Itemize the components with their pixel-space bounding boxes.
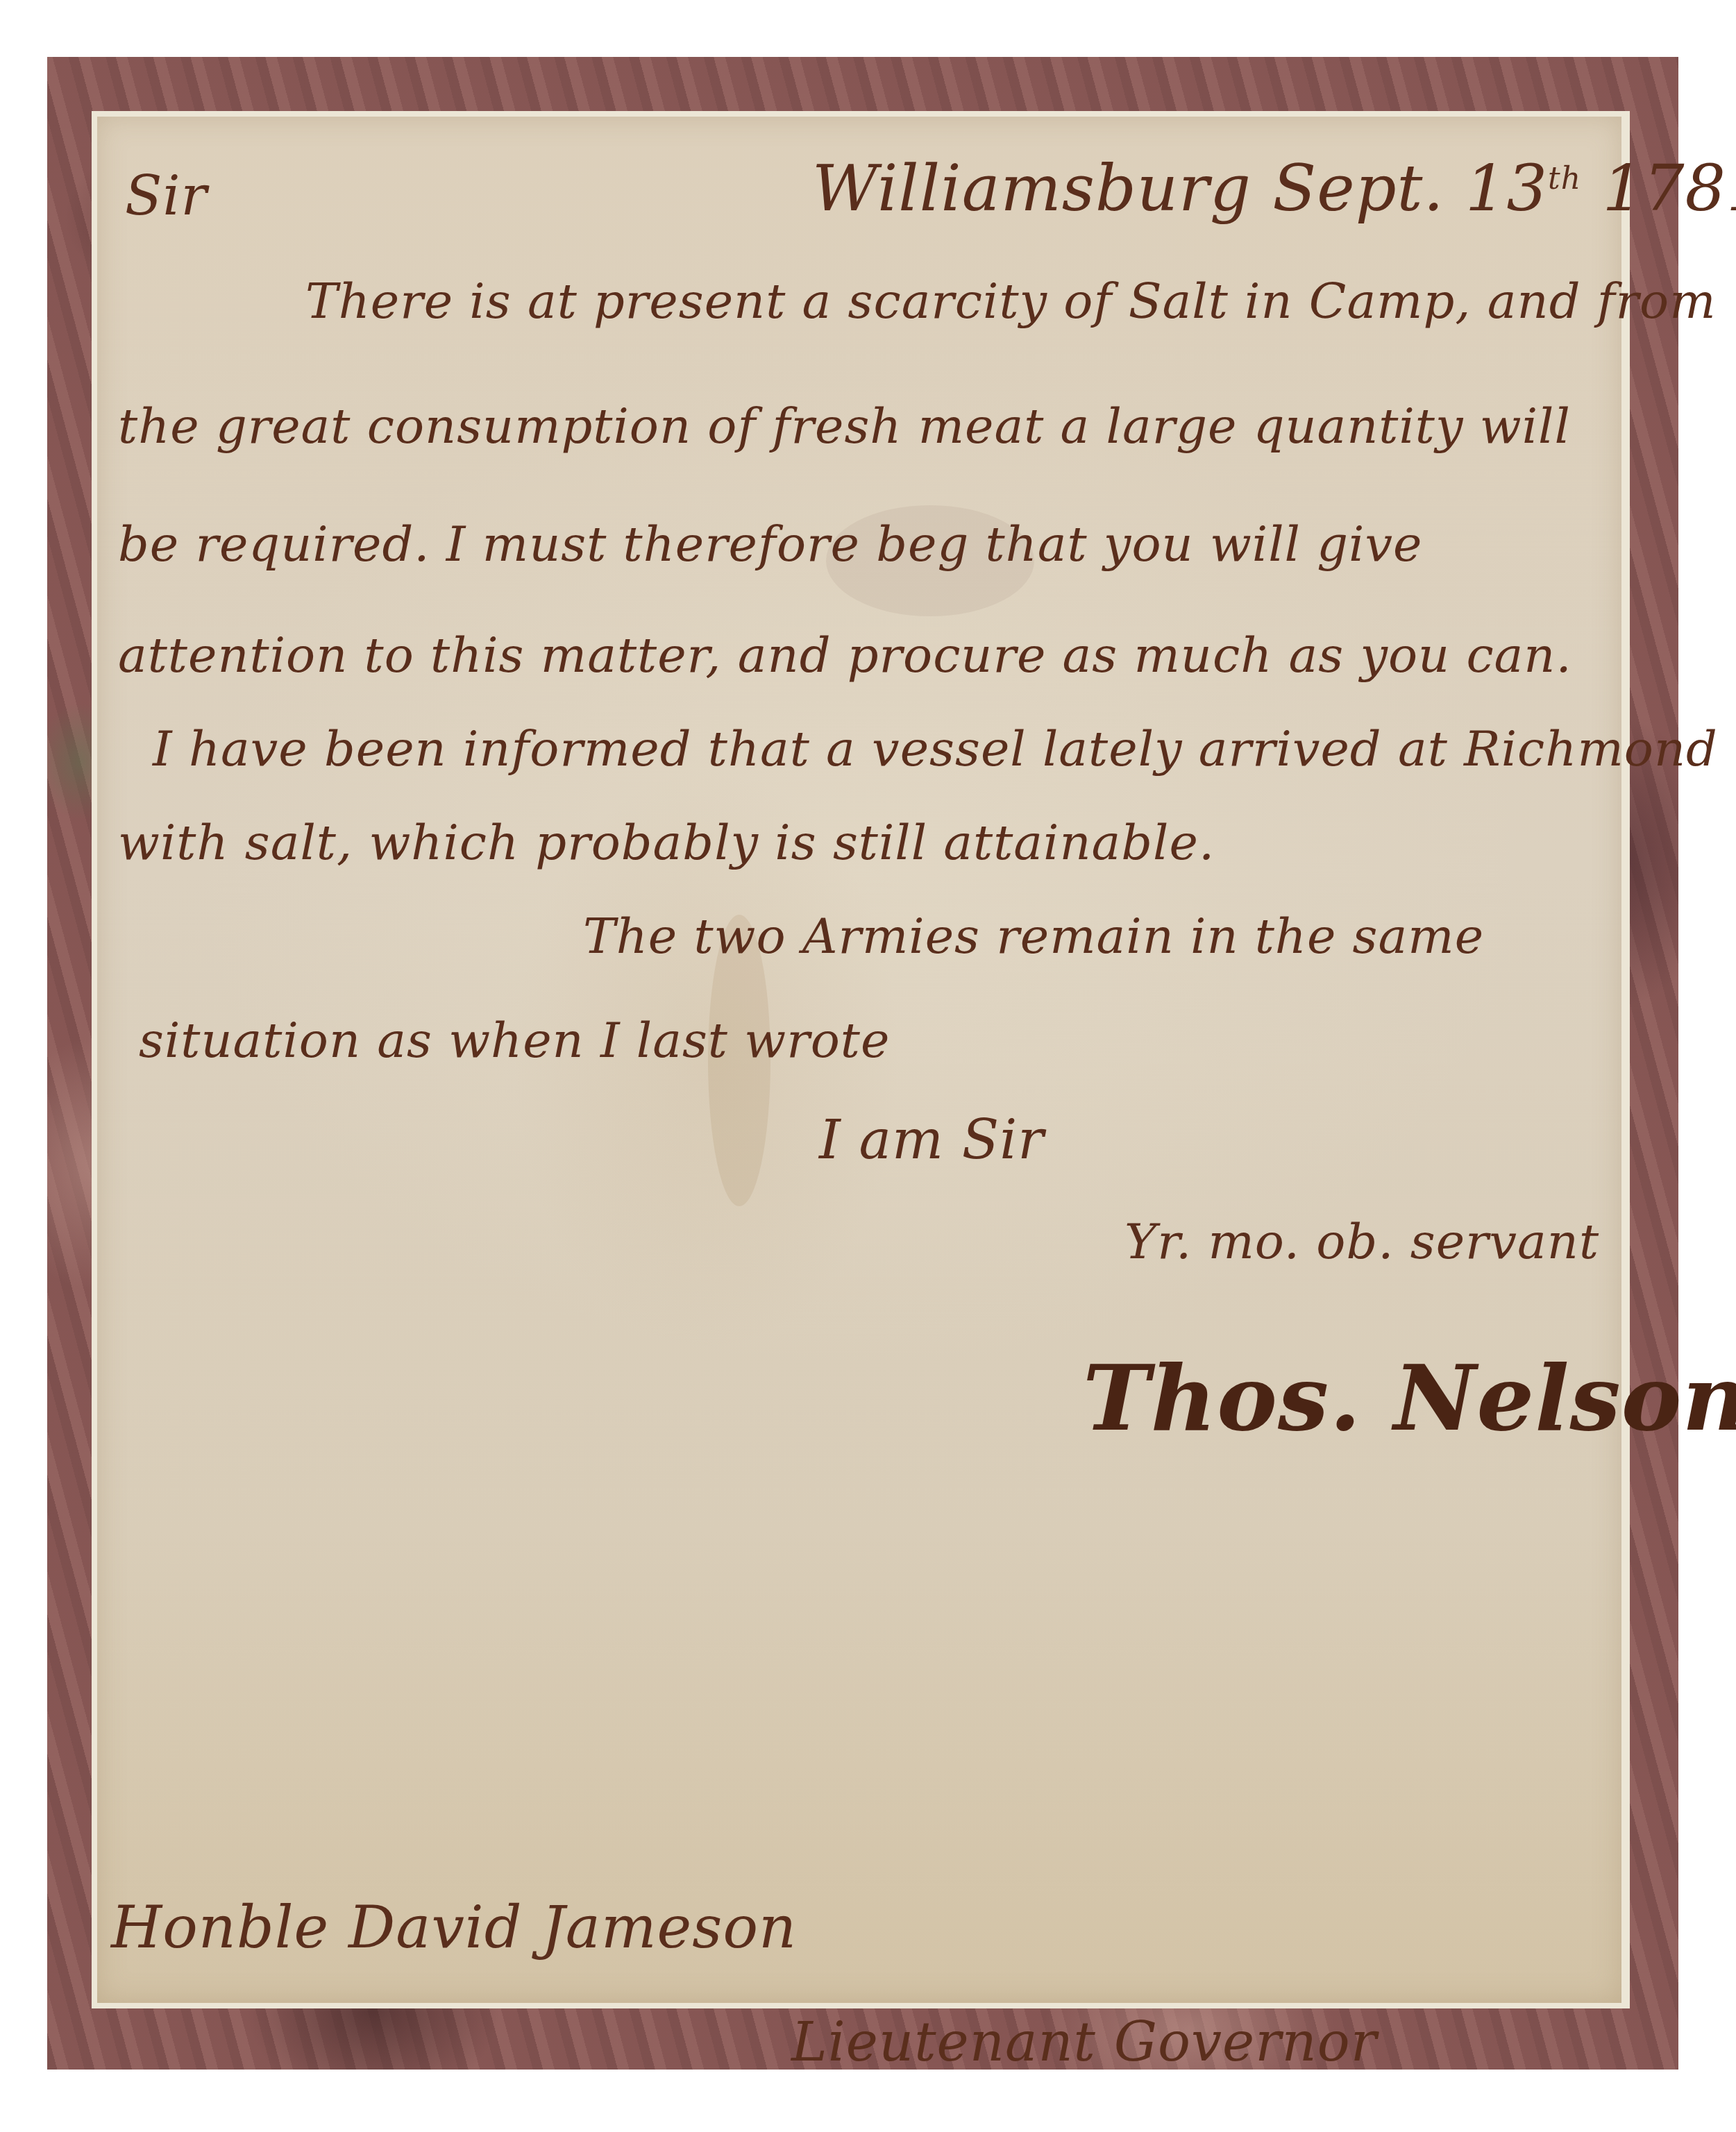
body-line: with salt, which probably is still attai…	[118, 814, 1215, 871]
body-line: I have been informed that a vessel latel…	[153, 720, 1718, 777]
dateline: Williamsburg Sept. 13th 1781	[812, 151, 1736, 226]
body-line: be required. I must therefore beg that y…	[118, 516, 1422, 573]
signature: Thos. Nelson jr.	[1083, 1345, 1736, 1451]
body-line: the great consumption of fresh meat a la…	[118, 398, 1571, 455]
addressee-title: Lieutenant Governor	[791, 2011, 1377, 2074]
year: 1781	[1602, 151, 1736, 226]
closing: I am Sir	[819, 1109, 1045, 1171]
body-line: The two Armies remain in the same	[583, 908, 1484, 965]
body-line: There is at present a scarcity of Salt i…	[305, 273, 1717, 330]
letter-page: Sir Williamsburg Sept. 13th 1781 There i…	[97, 117, 1621, 2003]
subscription: Yr. mo. ob. servant	[1124, 1213, 1599, 1270]
body-line: situation as when I last wrote	[139, 1012, 890, 1069]
place: Williamsburg	[812, 151, 1252, 226]
salutation: Sir	[125, 165, 208, 228]
date-suffix: th	[1548, 161, 1581, 196]
body-line: attention to this matter, and procure as…	[118, 627, 1572, 684]
date: Sept. 13	[1272, 151, 1548, 226]
addressee: Honble David Jameson	[111, 1893, 797, 1961]
